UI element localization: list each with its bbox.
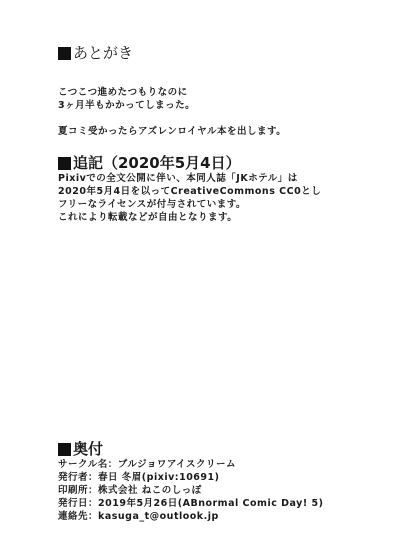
colophon-body: サークル名：ブルジョワアイスクリーム 発行者：春日 冬眉(pixiv:10691… [58,458,323,523]
colophon-line: 発行日：2019年5月26日(ABnormal Comic Day! 5) [58,497,323,510]
colophon-heading: 奥付 [58,440,323,458]
colophon-line: サークル名：ブルジョワアイスクリーム [58,458,323,471]
afterword-body: こつこつ進めたつもりなのに 3ヶ月半もかかってしまった。 夏コミ受かったらアズレ… [58,86,286,138]
afterword-heading: あとがき [58,44,286,62]
postscript-line: フリーなライセンスが付与されています。 [58,198,321,211]
postscript-body: Pixivでの全文公開に伴い、本同人誌「JKホテル」は 2020年5月4日を以っ… [58,172,321,224]
afterword-heading-text: あとがき [73,44,133,62]
colophon-heading-text: 奥付 [73,440,103,458]
afterword-line: 3ヶ月半もかかってしまった。 [58,99,286,112]
square-bullet-icon [58,47,71,60]
colophon-line: 連絡先：kasuga_t@outlook.jp [58,510,323,523]
postscript-line: Pixivでの全文公開に伴い、本同人誌「JKホテル」は [58,172,321,185]
postscript-heading: 追記（2020年5月4日） [58,154,321,172]
postscript-heading-text: 追記（2020年5月4日） [73,154,241,172]
postscript-line: 2020年5月4日を以ってCreativeCommons CC0とし [58,185,321,198]
afterword-line: こつこつ進めたつもりなのに [58,86,286,99]
colophon-section: 奥付 サークル名：ブルジョワアイスクリーム 発行者：春日 冬眉(pixiv:10… [58,440,323,523]
postscript-line: これにより転載などが自由となります。 [58,211,321,224]
square-bullet-icon [58,443,71,456]
colophon-line: 印刷所：株式会社 ねこのしっぽ [58,484,323,497]
square-bullet-icon [58,157,71,170]
afterword-line: 夏コミ受かったらアズレンロイヤル本を出します。 [58,125,286,138]
postscript-section: 追記（2020年5月4日） Pixivでの全文公開に伴い、本同人誌「JKホテル」… [58,154,321,224]
colophon-line: 発行者：春日 冬眉(pixiv:10691) [58,471,323,484]
afterword-section: あとがき こつこつ進めたつもりなのに 3ヶ月半もかかってしまった。 夏コミ受かっ… [58,44,286,138]
